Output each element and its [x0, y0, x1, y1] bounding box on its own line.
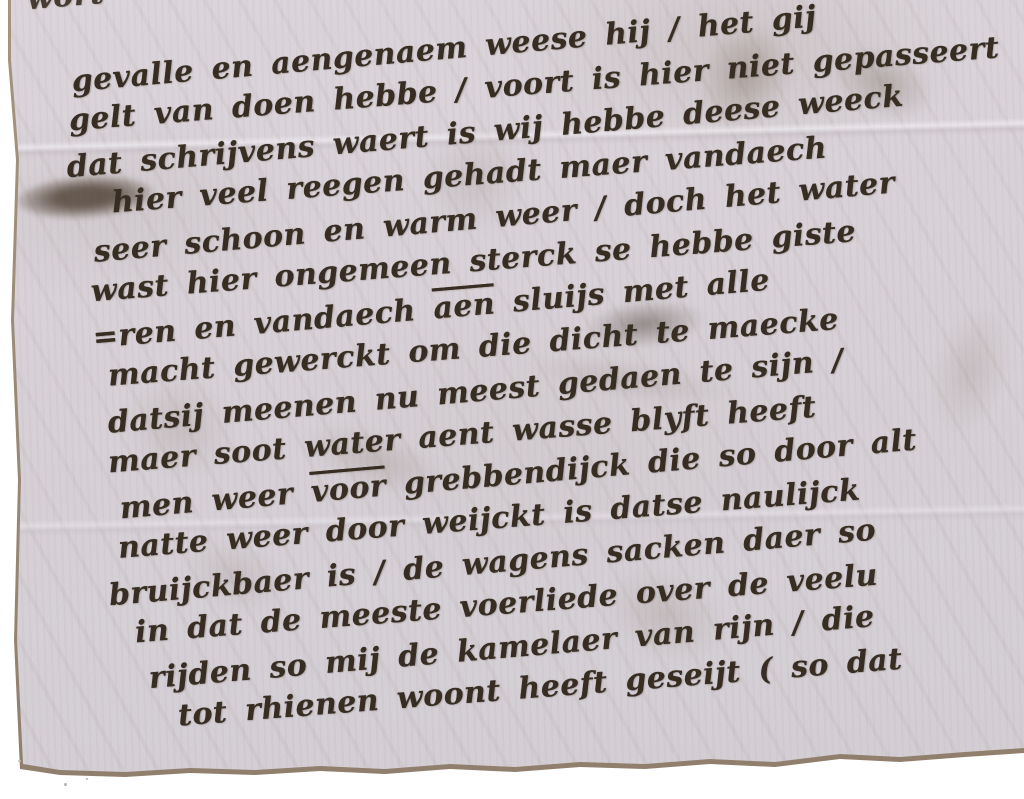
handwriting-block: wortgevalle en aengenaem weese hij / het…	[20, 0, 1024, 748]
dust-speck	[86, 778, 88, 780]
overlined-word: aen	[432, 286, 497, 326]
dust-speck	[18, 760, 21, 762]
overlined-word: voor	[310, 468, 388, 509]
clipped-line-fragment: wort	[25, 0, 106, 21]
dust-speck	[64, 783, 67, 786]
letter-page: wortgevalle en aengenaem weese hij / het…	[0, 0, 1024, 799]
scan-background: wortgevalle en aengenaem weese hij / het…	[0, 0, 1024, 799]
